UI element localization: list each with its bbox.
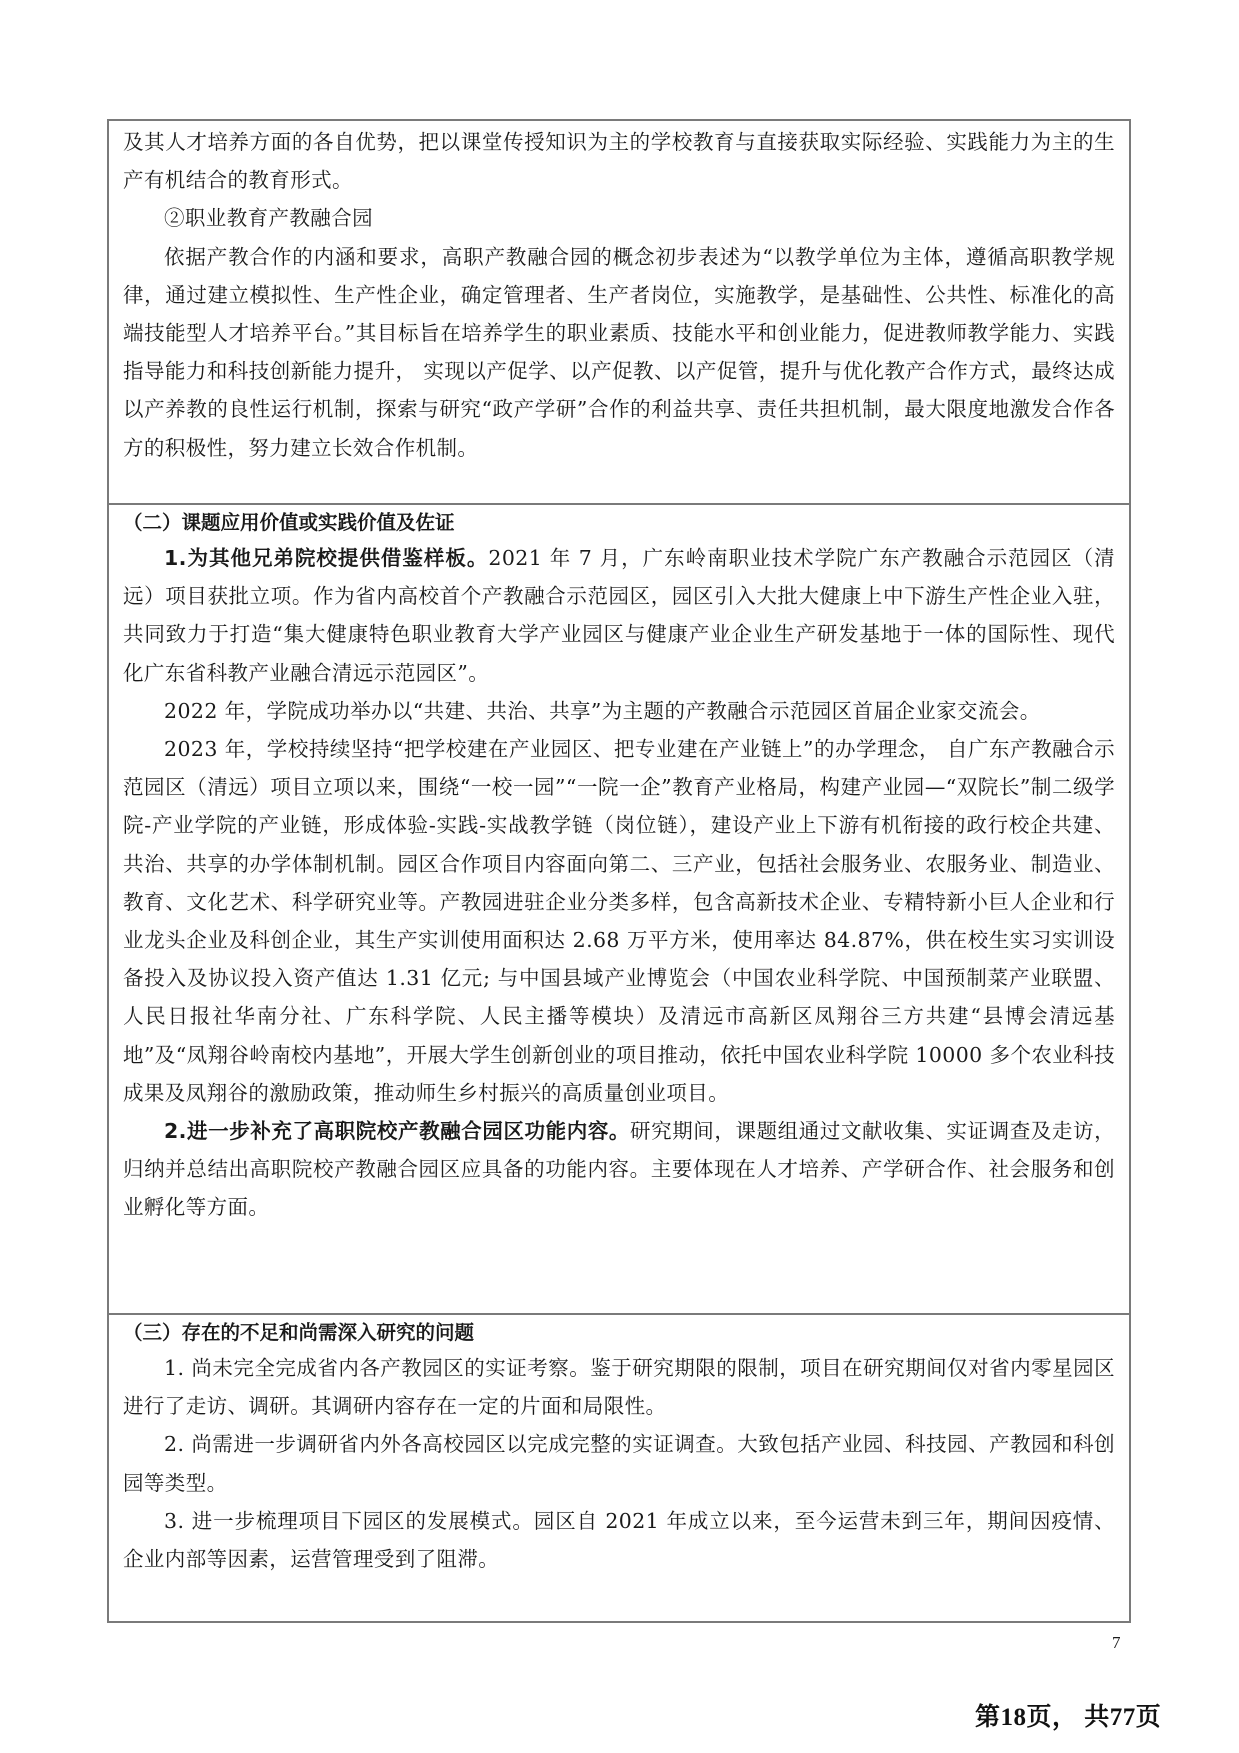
item1-paragraph: 1.为其他兄弟院校提供借鉴样板。2021 年 7 月，广东岭南职业技术学院广东产… <box>123 539 1115 692</box>
paragraph-2022: 2022 年，学院成功举办以“共建、共治、共享”为主题的产教融合示范园区首届企业… <box>123 692 1115 730</box>
report-table: 及其人才培养方面的各自优势，把以课堂传授知识为主的学校教育与直接获取实际经验、实… <box>107 119 1131 1623</box>
pagination-footer: 第18页， 共77页 <box>975 1697 1161 1733</box>
item1-lead: 1.为其他兄弟院校提供借鉴样板。 <box>164 546 488 570</box>
section3-heading: （三）存在的不足和尚需深入研究的问题 <box>123 1315 1115 1349</box>
paragraph: 依据产教合作的内涵和要求，高职产教融合园的概念初步表述为“以教学单位为主体，遵循… <box>123 238 1115 467</box>
item2-paragraph: 2.进一步补充了高职院校产教融合园区功能内容。研究期间，课题组通过文献收集、实证… <box>123 1112 1115 1227</box>
page-number: 7 <box>1112 1633 1121 1653</box>
section1-continued-cell: 及其人才培养方面的各自优势，把以课堂传授知识为主的学校教育与直接获取实际经验、实… <box>109 121 1129 505</box>
paragraph: 及其人才培养方面的各自优势，把以课堂传授知识为主的学校教育与直接获取实际经验、实… <box>123 121 1115 199</box>
issue-item: 2. 尚需进一步调研省内外各高校园区以完成完整的实证调查。大致包括产业园、科技园… <box>123 1425 1115 1501</box>
issue-item: 3. 进一步梳理项目下园区的发展模式。园区自 2021 年成立以来，至今运营未到… <box>123 1502 1115 1578</box>
subheading-vocational-park: ②职业教育产教融合园 <box>123 199 1115 237</box>
item2-lead: 2.进一步补充了高职院校产教融合园区功能内容。 <box>164 1119 630 1143</box>
issue-item: 1. 尚未完全完成省内各产教园区的实证考察。鉴于研究期限的限制，项目在研究期间仅… <box>123 1349 1115 1425</box>
section2-heading: （二）课题应用价值或实践价值及佐证 <box>123 505 1115 539</box>
section3-cell: （三）存在的不足和尚需深入研究的问题 1. 尚未完全完成省内各产教园区的实证考察… <box>109 1315 1129 1621</box>
paragraph-2023: 2023 年，学校持续坚持“把学校建在产业园区、把专业建在产业链上”的办学理念，… <box>123 730 1115 1112</box>
section2-cell: （二）课题应用价值或实践价值及佐证 1.为其他兄弟院校提供借鉴样板。2021 年… <box>109 505 1129 1315</box>
